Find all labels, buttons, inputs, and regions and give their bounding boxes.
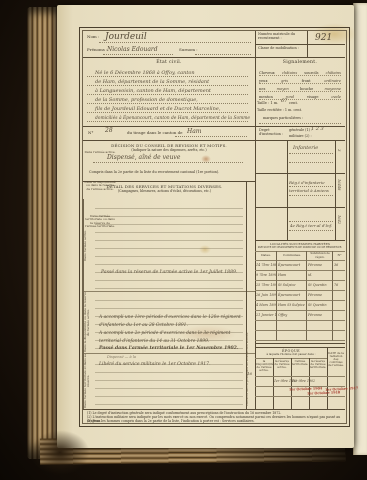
sig-label: nez bbox=[259, 87, 265, 91]
etat-civil-line: de la Somme, profession de domestique, bbox=[87, 95, 248, 104]
service-block-label: Dans l'armée territoriale et dans sa rés… bbox=[83, 353, 93, 409]
localites-col-header: Communes. bbox=[277, 251, 307, 261]
sig-value: ovale bbox=[331, 95, 341, 99]
marques-rule bbox=[259, 123, 341, 124]
instruction-generale-value: 1 2 3 bbox=[311, 127, 324, 132]
sig-label: menton bbox=[259, 95, 273, 99]
localites-row: 21 Janvier 1903 Offoy Péronne bbox=[255, 311, 345, 321]
taille-label: Taille : 1 m. bbox=[257, 101, 278, 105]
book-page-stack-left bbox=[27, 7, 59, 459]
sig-value: châtains bbox=[326, 71, 341, 75]
localites-cell: 14 7bre 1888 bbox=[255, 261, 277, 271]
sig-value: châtains bbox=[282, 71, 297, 75]
divider bbox=[83, 126, 345, 127]
epoque-subtitle: à laquelle l'homme doit passer dans : bbox=[255, 353, 327, 356]
localites-cell bbox=[333, 311, 345, 321]
epoque-col-header: l'armée territoriale. bbox=[291, 359, 309, 367]
localites-cell: Péronne bbox=[307, 311, 333, 321]
sig-label: bouche bbox=[300, 87, 313, 91]
tirage-rule bbox=[175, 136, 247, 137]
worn-corner-shadow bbox=[30, 430, 90, 475]
matricule-form-inner: Nom : Jourdeuil Numéro matricule du recr… bbox=[82, 30, 347, 424]
localites-cell: 21 Janvier 1903 bbox=[255, 311, 277, 321]
nom-label: Nom : bbox=[87, 35, 99, 40]
tirage-text: du tirage dans le canton de bbox=[127, 131, 183, 136]
service-entry: A accompli une 1ère période d'exercices … bbox=[99, 315, 241, 320]
footnote-3: (3) Pour les hommes compris dans la 2e p… bbox=[87, 420, 341, 424]
decision-rule bbox=[93, 162, 243, 163]
sig-label: visage bbox=[307, 95, 319, 99]
divider bbox=[327, 347, 328, 409]
taille-unit: cent. bbox=[289, 101, 298, 105]
sig-label: yeux bbox=[259, 79, 268, 83]
tirage-no-label: N° bbox=[88, 131, 94, 136]
prenoms-rule bbox=[103, 54, 173, 55]
signalement-block: Cheveuxchâtains sourcilschâtains yeuxgri… bbox=[256, 68, 344, 100]
corps-rule bbox=[289, 230, 333, 231]
epoque-col-header: la Disponibilité de l'armée active. bbox=[255, 359, 273, 373]
sig-label: front bbox=[302, 79, 311, 83]
etat-civil-title: État civil. bbox=[83, 60, 255, 65]
divider bbox=[83, 57, 345, 58]
signalement-row: yeuxgris frontordinaire bbox=[259, 76, 341, 84]
corps-rule bbox=[289, 221, 333, 222]
divider bbox=[255, 240, 345, 241]
divider bbox=[287, 140, 288, 240]
divider bbox=[83, 353, 255, 354]
etat-civil-text: de Ham, département de la Somme, résidan… bbox=[95, 80, 209, 85]
localites-row: 4 Mars 1899 Ham St Sulpice St Quentin bbox=[255, 301, 345, 311]
localites-subtitle: PAR SUITE DE CHANGEMENTS DE DOMICILE OU … bbox=[255, 246, 345, 249]
epoque-date-header: DATE de la radiation des contrôles de l'… bbox=[327, 351, 345, 368]
localites-header-row: Dates. Communes. Subdivision de région. … bbox=[255, 251, 345, 261]
etat-civil-text: fils de Jourdeuil Edouard et de Ducrot M… bbox=[95, 107, 220, 112]
nom-rule bbox=[99, 42, 251, 43]
matricule-form: Nom : Jourdeuil Numéro matricule du recr… bbox=[79, 27, 350, 427]
service-block-lines bbox=[95, 201, 243, 289]
classe-label: Classe de mobilisation : bbox=[258, 47, 305, 51]
localites-cell: id. bbox=[307, 271, 333, 281]
prenoms-label: Prénoms : bbox=[87, 48, 107, 53]
instruction-label: Degré d'instruction : bbox=[259, 129, 285, 137]
divider bbox=[83, 409, 345, 410]
divider bbox=[255, 207, 345, 208]
epoque-col-header: la réserve de l'armée active. bbox=[273, 359, 291, 370]
services-subtitle: (Campagnes, blessures, actions d'éclat, … bbox=[83, 190, 246, 194]
divider bbox=[83, 291, 255, 292]
signalement-title: Signalement. bbox=[255, 60, 345, 65]
corps-row-label: Dans l'armée active. bbox=[84, 151, 116, 154]
service-block-label: Dans l'armée active. bbox=[83, 199, 93, 291]
surnom-rule bbox=[195, 54, 251, 55]
etat-civil-text: Né le 6 Décembre 1868 à Offoy, canton bbox=[95, 71, 195, 76]
register-page: Nom : Jourdeuil Numéro matricule du recr… bbox=[57, 5, 354, 448]
signalement-row: Cheveuxchâtains sourcilschâtains bbox=[259, 68, 341, 76]
corps-rule bbox=[289, 153, 333, 154]
localites-cell bbox=[333, 291, 345, 301]
sig-label: sourcils bbox=[304, 71, 318, 75]
service-entry: territorial d'infanterie du 14 au 31 Oct… bbox=[99, 339, 209, 344]
etat-civil-line: domiciliés à Épenancourt, canton de Ham,… bbox=[87, 113, 248, 122]
scanned-register-photo: Nom : Jourdeuil Numéro matricule du recr… bbox=[0, 0, 367, 480]
sig-value: gris bbox=[281, 79, 288, 83]
margin-strip-mark: 16 bbox=[247, 371, 252, 376]
localites-empty-row bbox=[255, 331, 345, 341]
divider bbox=[83, 140, 345, 141]
tirage-canton: Ham bbox=[187, 129, 202, 135]
divider bbox=[309, 358, 310, 409]
localites-cell bbox=[333, 301, 345, 311]
service-entry: Passé dans l'armée territoriale le 1er N… bbox=[99, 346, 238, 351]
service-block-label: Dans la disponibilité ou dans la réserve… bbox=[83, 291, 93, 353]
divider bbox=[255, 173, 345, 174]
sig-value: moyenne bbox=[325, 87, 341, 91]
localites-cell: 26 Juin 1897 bbox=[255, 291, 277, 301]
compris-line: Compris dans la 2e partie de la liste du… bbox=[89, 170, 253, 174]
sig-label: Cheveux bbox=[259, 71, 275, 75]
corps-marge: 3 bbox=[337, 149, 342, 152]
localites-cell: 25 7bre 1890 bbox=[255, 281, 277, 291]
localites-cell: St Quentin bbox=[307, 281, 333, 291]
taille-value: 67 bbox=[281, 99, 287, 104]
localites-cell: 9 7bre 1890 bbox=[255, 271, 277, 281]
service-entry: d'infanterie du 1er au 28 Octobre 1891. bbox=[99, 323, 188, 328]
localites-col-header: N° bbox=[333, 251, 345, 261]
corps-value: Infanterie bbox=[293, 146, 318, 151]
instruction-militaire-label: militaire (2) : bbox=[289, 134, 312, 138]
epoque-value: 1er 9bre 1902 bbox=[292, 379, 315, 383]
localites-row: 14 7bre 1888 Épenancourt Péronne 36 bbox=[255, 261, 345, 271]
marques-label: marques particulières : bbox=[263, 116, 303, 120]
corps-marge: 1642 bbox=[337, 215, 341, 224]
etat-civil-line: fils de Jourdeuil Edouard et de Ducrot M… bbox=[87, 104, 248, 113]
service-entry: Passé dans la réserve de l'armée active … bbox=[101, 270, 237, 275]
etat-civil-text: de la Somme, profession de domestique, bbox=[95, 98, 198, 103]
etat-civil-line: Né le 6 Décembre 1868 à Offoy, canton bbox=[87, 68, 248, 77]
divider bbox=[255, 44, 345, 45]
localites-cell: 76 bbox=[333, 281, 345, 291]
divider bbox=[291, 358, 292, 409]
divider bbox=[273, 358, 274, 409]
corps-rule bbox=[289, 195, 333, 196]
etat-civil-text: à Languevoisin, canton de Ham, départeme… bbox=[95, 89, 211, 94]
decision-value: Dispensé, aîné de veuve bbox=[107, 155, 180, 161]
localites-cell: Épenancourt bbox=[277, 291, 307, 301]
localites-cell: Péronne bbox=[307, 291, 333, 301]
divider bbox=[307, 31, 308, 57]
localites-cell: 36 bbox=[333, 261, 345, 271]
divider bbox=[255, 376, 345, 377]
localites-cell: St Sulpice bbox=[277, 281, 307, 291]
localites-cell: 4 Mars 1899 bbox=[255, 301, 277, 311]
sig-value: moyen bbox=[277, 87, 289, 91]
localites-row: 26 Juin 1897 Épenancourt Péronne bbox=[255, 291, 345, 301]
localites-cell: Péronne bbox=[307, 261, 333, 271]
localites-cell: Offoy bbox=[277, 311, 307, 321]
etat-civil-line: à Languevoisin, canton de Ham, départeme… bbox=[87, 86, 248, 95]
signalement-row: nezmoyen bouchemoyenne bbox=[259, 84, 341, 92]
divider bbox=[255, 396, 345, 397]
localites-col-header: Dates. bbox=[255, 251, 277, 261]
service-entry: Libéré du service militaire le 1er Octob… bbox=[99, 362, 211, 367]
localites-cell: Ham St Sulpice bbox=[277, 301, 307, 311]
localites-row: 25 7bre 1890 St Sulpice St Quentin 76 bbox=[255, 281, 345, 291]
instruction-generale-label: générale (1) : bbox=[289, 128, 312, 132]
epoque-col-header: la réserve de l'armée territoriale. bbox=[309, 359, 327, 370]
corps-value: Rég.t d'infanterie territorial à Amiens bbox=[289, 179, 335, 194]
localites-row: 9 7bre 1890 Ham id. bbox=[255, 271, 345, 281]
service-entry: Dispensé — à la bbox=[107, 355, 136, 359]
epoque-stamp: 1er Octobre 1917 bbox=[325, 386, 358, 392]
localites-cell bbox=[333, 271, 345, 281]
etat-civil-block: Né le 6 Décembre 1868 à Offoy, canton de… bbox=[83, 68, 251, 122]
localites-cell: Épenancourt bbox=[277, 261, 307, 271]
tirage-no-value: 28 bbox=[105, 128, 113, 134]
matricule-value: 921 bbox=[315, 33, 332, 43]
signalement-row: mentonrond visageovale bbox=[259, 92, 341, 100]
matricule-label: Numéro matricule du recrutement : bbox=[258, 33, 305, 41]
surnom-label: Surnom : bbox=[179, 48, 198, 53]
localites-cell: Ham bbox=[277, 271, 307, 281]
divider bbox=[255, 343, 345, 344]
etat-civil-text: domiciliés à Épenancourt, canton de Ham,… bbox=[95, 116, 250, 121]
localites-col-header: Subdivision de région. bbox=[307, 251, 333, 261]
corps-marge: 16448 bbox=[337, 179, 341, 190]
nom-value: Jourdeuil bbox=[105, 32, 147, 42]
sig-value: ordinaire bbox=[324, 79, 341, 83]
localites-empty-row bbox=[255, 321, 345, 331]
prenoms-value: Nicolas Edouard bbox=[107, 47, 158, 53]
corps-rule bbox=[289, 162, 333, 163]
service-entry: A accompli une 2e période d'exercices da… bbox=[99, 331, 230, 336]
divider bbox=[335, 140, 336, 240]
taille-rectifiee: Taille rectifiée : 1 m. cent. bbox=[257, 108, 302, 112]
corps-value: 4e Rég.t terr.al d'Inf. bbox=[290, 223, 332, 228]
localites-cell: St Quentin bbox=[307, 301, 333, 311]
divider bbox=[255, 347, 345, 348]
etat-civil-line: de Ham, département de la Somme, résidan… bbox=[87, 77, 248, 86]
